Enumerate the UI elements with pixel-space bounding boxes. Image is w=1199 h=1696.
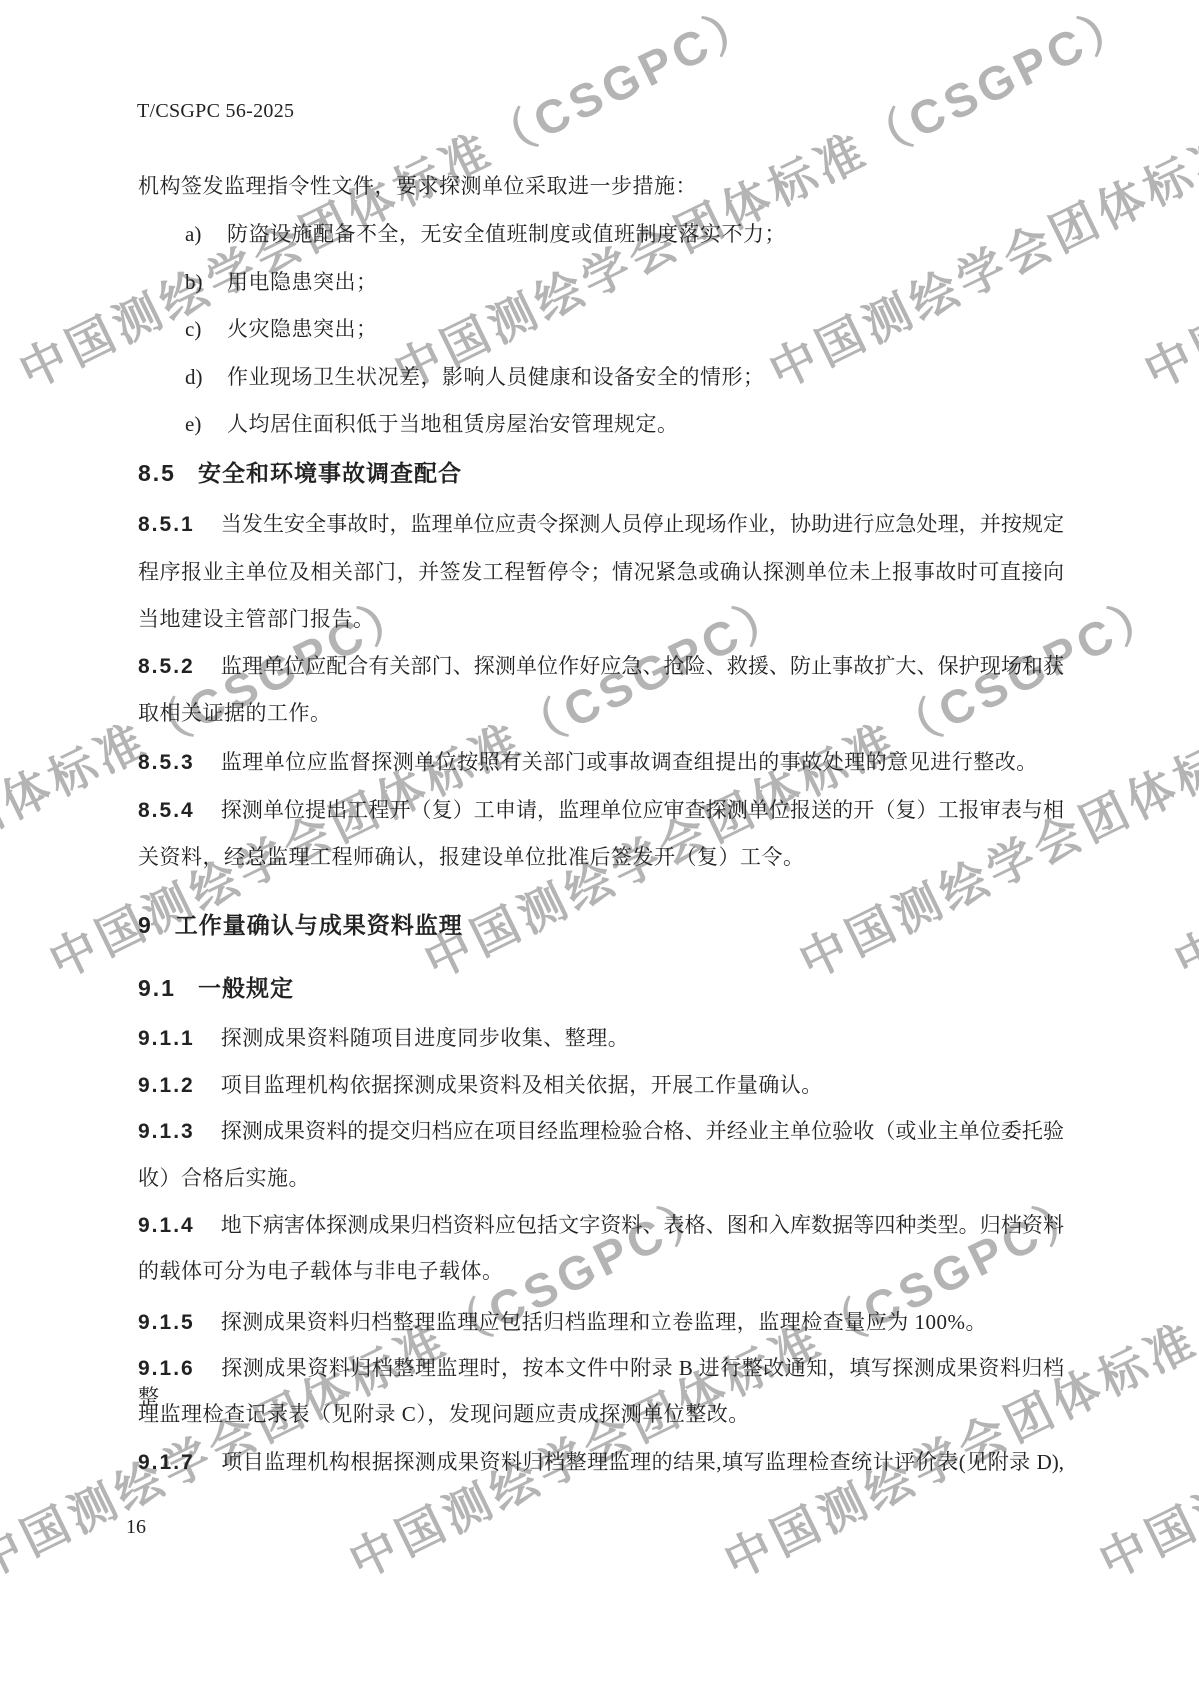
clause-number: 9.1 xyxy=(138,973,176,1003)
line-text: 一般规定 xyxy=(198,975,294,1001)
list-item-label: a) xyxy=(185,220,227,248)
paragraph-line: 取相关证据的工作。 xyxy=(138,699,1064,727)
paragraph-line: 程序报业主单位及相关部门，并签发工程暂停令；情况紧急或确认探测单位未上报事故时可… xyxy=(138,558,1064,586)
clause-line: 9.1.3探测成果资料的提交归档应在项目经监理检验合格、并经业主单位验收（或业主… xyxy=(138,1117,1064,1146)
paragraph-line: 收）合格后实施。 xyxy=(138,1164,1064,1192)
line-text: 项目监理机构依据探测成果资料及相关依据，开展工作量确认。 xyxy=(221,1073,823,1097)
line-text: 探测成果资料随项目进度同步收集、整理。 xyxy=(221,1026,630,1050)
line-text: 人均居住面积低于当地租赁房屋治安管理规定。 xyxy=(227,412,679,436)
list-item: d)作业现场卫生状况差，影响人员健康和设备安全的情形； xyxy=(138,363,1111,391)
list-item: b)用电隐患突出； xyxy=(138,268,1111,296)
line-text: 用电隐患突出； xyxy=(227,270,378,294)
standard-code-header: T/CSGPC 56-2025 xyxy=(137,100,294,123)
line-text: 取相关证据的工作。 xyxy=(138,701,332,725)
clause-number: 9.1.2 xyxy=(138,1072,195,1100)
section-heading: 9.1一般规定 xyxy=(138,973,1064,1003)
clause-line: 9.1.2项目监理机构依据探测成果资料及相关依据，开展工作量确认。 xyxy=(138,1071,1064,1100)
line-text: 收）合格后实施。 xyxy=(138,1166,310,1190)
line-text: 探测单位提出工程开（复）工申请，监理单位应审查探测单位报送的开（复）工报审表与相 xyxy=(221,798,1064,822)
clause-line: 9.1.4地下病害体探测成果归档资料应包括文字资料、表格、图和入库数据等四种类型… xyxy=(138,1211,1064,1240)
list-item: a)防盗设施配备不全，无安全值班制度或值班制度落实不力； xyxy=(138,220,1111,248)
line-text: 程序报业主单位及相关部门，并签发工程暂停令；情况紧急或确认探测单位未上报事故时可… xyxy=(138,560,1064,584)
clause-line: 9.1.1探测成果资料随项目进度同步收集、整理。 xyxy=(138,1024,1064,1053)
clause-number: 9.1.3 xyxy=(138,1118,195,1146)
paragraph-line: 当地建设主管部门报告。 xyxy=(138,605,1064,633)
clause-number: 9.1.1 xyxy=(138,1025,195,1053)
line-text: 火灾隐患突出； xyxy=(227,317,378,341)
clause-line: 9.1.5探测成果资料归档整理监理应包括归档监理和立卷监理，监理检查量应为 10… xyxy=(138,1308,1064,1337)
line-text: 防盗设施配备不全，无安全值班制度或值班制度落实不力； xyxy=(227,222,786,246)
line-text: 探测成果资料归档整理监理应包括归档监理和立卷监理，监理检查量应为 100%。 xyxy=(221,1310,987,1334)
section-heading: 9工作量确认与成果资料监理 xyxy=(138,910,1064,940)
clause-number: 8.5 xyxy=(138,458,176,488)
line-text: 安全和环境事故调查配合 xyxy=(198,460,462,486)
list-item-label: b) xyxy=(185,268,227,296)
list-item-label: e) xyxy=(185,410,227,438)
paragraph-line: 的载体可分为电子载体与非电子载体。 xyxy=(138,1257,1064,1285)
clause-number: 9.1.7 xyxy=(138,1449,195,1477)
line-text: 当发生安全事故时，监理单位应责令探测人员停止现场作业，协助进行应急处理，并按规定 xyxy=(221,512,1064,536)
line-text: 项目监理机构根据探测成果资料归档整理监理的结果,填写监理检查统计评价表(见附录 … xyxy=(221,1450,1064,1474)
clause-number: 8.5.1 xyxy=(138,511,195,539)
clause-number: 9 xyxy=(138,910,153,940)
clause-line: 8.5.4探测单位提出工程开（复）工申请，监理单位应审查探测单位报送的开（复）工… xyxy=(138,796,1064,825)
clause-number: 9.1.4 xyxy=(138,1212,195,1240)
list-item-label: c) xyxy=(185,315,227,343)
page-number: 16 xyxy=(126,1516,146,1539)
line-text: 当地建设主管部门报告。 xyxy=(138,607,375,631)
clause-line: 8.5.2监理单位应配合有关部门、探测单位作好应急、抢险、救援、防止事故扩大、保… xyxy=(138,652,1064,681)
section-heading: 8.5安全和环境事故调查配合 xyxy=(138,458,1064,488)
paragraph-line: 理监理检查记录表（见附录 C），发现问题应责成探测单位整改。 xyxy=(138,1400,1064,1428)
line-text: 工作量确认与成果资料监理 xyxy=(175,912,463,938)
line-text: 关资料，经总监理工程师确认，报建设单位批准后签发开（复）工令。 xyxy=(138,845,805,869)
line-text: 理监理检查记录表（见附录 C），发现问题应责成探测单位整改。 xyxy=(138,1402,750,1426)
line-text: 作业现场卫生状况差，影响人员健康和设备安全的情形； xyxy=(227,365,765,389)
paragraph-line: 机构签发监理指令性文件，要求探测单位采取进一步措施： xyxy=(138,172,1064,200)
list-item: e)人均居住面积低于当地租赁房屋治安管理规定。 xyxy=(138,410,1111,438)
clause-number: 8.5.4 xyxy=(138,797,195,825)
line-text: 监理单位应配合有关部门、探测单位作好应急、抢险、救援、防止事故扩大、保护现场和获 xyxy=(221,654,1064,678)
clause-number: 9.1.6 xyxy=(138,1355,195,1383)
line-text: 探测成果资料的提交归档应在项目经监理检验合格、并经业主单位验收（或业主单位委托验 xyxy=(221,1119,1064,1143)
clause-number: 8.5.2 xyxy=(138,653,195,681)
line-text: 机构签发监理指令性文件，要求探测单位采取进一步措施： xyxy=(138,174,697,198)
clause-line: 8.5.1当发生安全事故时，监理单位应责令探测人员停止现场作业，协助进行应急处理… xyxy=(138,510,1064,539)
list-item: c)火灾隐患突出； xyxy=(138,315,1111,343)
document-page: 中国测绘学会团体标准（CSGPC）中国测绘学会团体标准（CSGPC）中国测绘学会… xyxy=(0,0,1199,1696)
list-item-label: d) xyxy=(185,363,227,391)
line-text: 监理单位应监督探测单位按照有关部门或事故调查组提出的事故处理的意见进行整改。 xyxy=(221,750,1038,774)
clause-number: 8.5.3 xyxy=(138,749,195,777)
clause-line: 9.1.7项目监理机构根据探测成果资料归档整理监理的结果,填写监理检查统计评价表… xyxy=(138,1448,1064,1477)
paragraph-line: 关资料，经总监理工程师确认，报建设单位批准后签发开（复）工令。 xyxy=(138,843,1064,871)
line-text: 的载体可分为电子载体与非电子载体。 xyxy=(138,1259,504,1283)
document-content: T/CSGPC 56-2025 机构签发监理指令性文件，要求探测单位采取进一步措… xyxy=(0,0,1199,1696)
clause-line: 8.5.3监理单位应监督探测单位按照有关部门或事故调查组提出的事故处理的意见进行… xyxy=(138,748,1064,777)
clause-number: 9.1.5 xyxy=(138,1309,195,1337)
line-text: 地下病害体探测成果归档资料应包括文字资料、表格、图和入库数据等四种类型。归档资料 xyxy=(221,1213,1064,1237)
